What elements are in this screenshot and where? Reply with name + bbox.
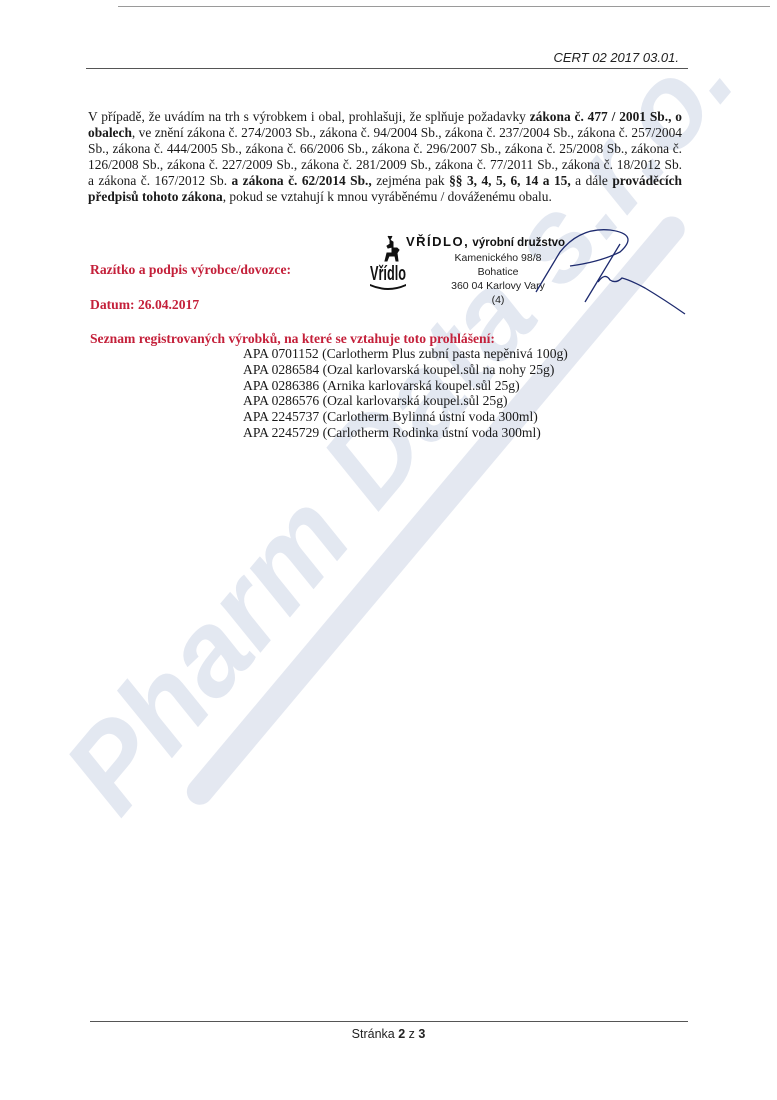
date-label: Datum: 26.04.2017 [90, 297, 199, 313]
declaration-paragraph: V případě, že uvádím na trh s výrobkem i… [88, 109, 682, 206]
declaration-segment: zejména pak [372, 173, 449, 188]
product-list-item: APA 0286584 (Ozal karlovarská koupel.sůl… [243, 362, 568, 378]
declaration-segment: §§ 3, 4, 5, 6, 14 a 15, [449, 173, 571, 188]
footer-divider [90, 1021, 688, 1022]
product-list-item: APA 2245729 (Carlotherm Rodinka ústní vo… [243, 425, 568, 441]
handwritten-signature [470, 222, 690, 332]
product-list-item: APA 0701152 (Carlotherm Plus zubní pasta… [243, 346, 568, 362]
product-list-item: APA 0286386 (Arnika karlovarská koupel.s… [243, 378, 568, 394]
page-number: Stránka 2 z 3 [0, 1027, 777, 1041]
stamp-signature-label: Razítko a podpis výrobce/dovozce: [90, 262, 291, 278]
declaration-segment: , pokud se vztahují k mnou vyráběnému / … [223, 189, 552, 204]
product-list-item: APA 2245737 (Carlotherm Bylinná ústní vo… [243, 409, 568, 425]
declaration-segment: V případě, že uvádím na trh s výrobkem i… [88, 109, 530, 124]
header-divider [86, 68, 688, 69]
product-list-title: Seznam registrovaných výrobků, na které … [90, 331, 495, 347]
svg-text:Vřídlo: Vřídlo [370, 263, 406, 285]
declaration-segment: a zákona č. 62/2014 Sb., [232, 173, 372, 188]
document-reference: CERT 02 2017 03.01. [553, 50, 679, 65]
scan-edge-line [118, 6, 770, 7]
declaration-segment: a dále [571, 173, 613, 188]
product-list: APA 0701152 (Carlotherm Plus zubní pasta… [243, 346, 568, 441]
product-list-item: APA 0286576 (Ozal karlovarská koupel.sůl… [243, 393, 568, 409]
